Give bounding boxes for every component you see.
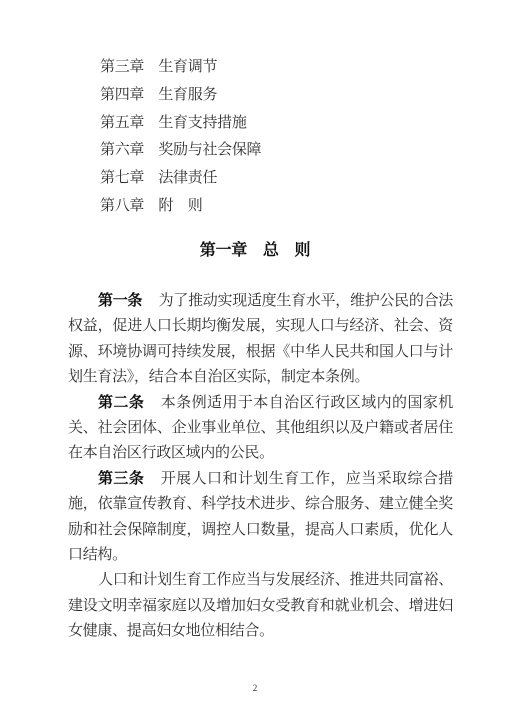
table-of-contents: 第三章生育调节 第四章生育服务 第五章生育支持措施 第六章奖励与社会保障 第七章… bbox=[100, 54, 261, 221]
article-label: 第一条 bbox=[98, 293, 142, 309]
page-number: 2 bbox=[0, 683, 510, 693]
toc-chapter-label: 第八章 bbox=[100, 198, 144, 214]
article-paragraph: 第二条本条例适用于本自治区行政区域内的国家机关、社会团体、企业事业单位、其他组织… bbox=[68, 391, 453, 467]
section-heading: 第一章 总 则 bbox=[0, 237, 510, 260]
toc-title-label: 法律责任 bbox=[158, 170, 217, 186]
toc-title-label: 生育服务 bbox=[158, 87, 217, 103]
toc-chapter-label: 第七章 bbox=[100, 170, 144, 186]
toc-item: 第六章奖励与社会保障 bbox=[100, 137, 261, 165]
toc-title-label: 生育调节 bbox=[158, 59, 217, 75]
toc-item: 第五章生育支持措施 bbox=[100, 110, 261, 138]
document-page: 第三章生育调节 第四章生育服务 第五章生育支持措施 第六章奖励与社会保障 第七章… bbox=[0, 0, 510, 719]
toc-chapter-label: 第六章 bbox=[100, 142, 144, 158]
toc-chapter-label: 第三章 bbox=[100, 59, 144, 75]
article-text: 人口和计划生育工作应当与发展经济、推进共同富裕、建设文明幸福家庭以及增加妇女受教… bbox=[68, 572, 453, 639]
article-paragraph: 第一条为了推动实现适度生育水平，维护公民的合法权益，促进人口长期均衡发展，实现人… bbox=[68, 289, 453, 391]
toc-title-label: 生育支持措施 bbox=[158, 115, 246, 131]
toc-item: 第八章附 则 bbox=[100, 193, 261, 221]
toc-item: 第四章生育服务 bbox=[100, 82, 261, 110]
article-label: 第三条 bbox=[98, 471, 144, 487]
article-paragraph: 第三条开展人口和计划生育工作，应当采取综合措施，依靠宣传教育、科学技术进步、综合… bbox=[68, 467, 453, 569]
toc-chapter-label: 第五章 bbox=[100, 115, 144, 131]
article-paragraph: 人口和计划生育工作应当与发展经济、推进共同富裕、建设文明幸福家庭以及增加妇女受教… bbox=[68, 568, 453, 644]
toc-item: 第三章生育调节 bbox=[100, 54, 261, 82]
article-label: 第二条 bbox=[98, 395, 144, 411]
toc-item: 第七章法律责任 bbox=[100, 165, 261, 193]
document-body: 第一条为了推动实现适度生育水平，维护公民的合法权益，促进人口长期均衡发展，实现人… bbox=[68, 289, 453, 645]
toc-title-label: 奖励与社会保障 bbox=[158, 142, 261, 158]
toc-chapter-label: 第四章 bbox=[100, 87, 144, 103]
toc-title-label: 附 则 bbox=[158, 198, 202, 214]
